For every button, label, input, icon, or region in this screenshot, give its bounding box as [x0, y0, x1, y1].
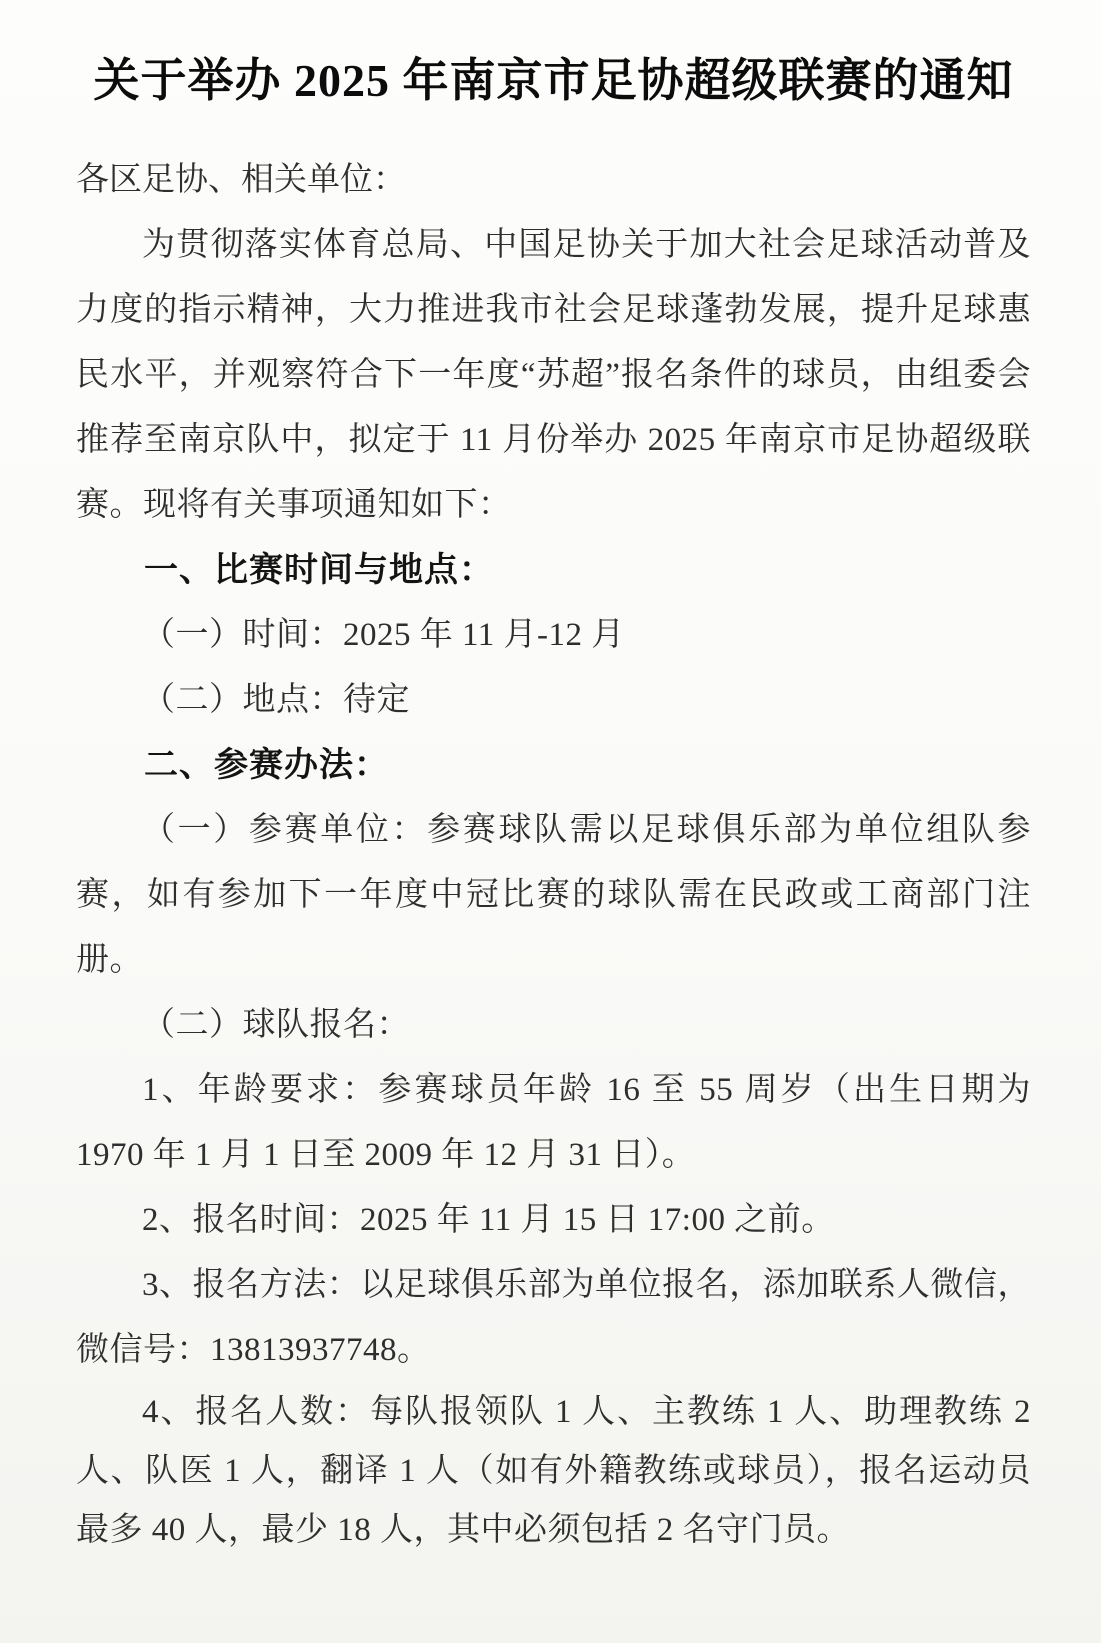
intro-paragraph: 为贯彻落实体育总局、中国足协关于加大社会足球活动普及力度的指示精神，大力推进我市…: [76, 213, 1031, 538]
section-2-item-registration-method: 3、报名方法：以足球俱乐部为单位报名，添加联系人微信，微信号：138139377…: [76, 1253, 1031, 1383]
section-1-heading: 一、比赛时间与地点：: [76, 538, 1031, 603]
section-2-item-registration-deadline: 2、报名时间：2025 年 11 月 15 日 17:00 之前。: [76, 1188, 1031, 1253]
document-title: 关于举办 2025 年南京市足协超级联赛的通知: [76, 48, 1031, 114]
salutation-line: 各区足协、相关单位：: [76, 148, 1031, 213]
section-2-item-team-registration: （二）球队报名：: [76, 993, 1031, 1058]
section-1-item-time: （一）时间：2025 年 11 月-12 月: [76, 603, 1031, 668]
section-1-item-location: （二）地点：待定: [76, 668, 1031, 733]
section-2-item-participating-units: （一）参赛单位：参赛球队需以足球俱乐部为单位组队参赛，如有参加下一年度中冠比赛的…: [76, 798, 1031, 993]
section-2-item-age-requirement: 1、年龄要求：参赛球员年龄 16 至 55 周岁（出生日期为 1970 年 1 …: [76, 1058, 1031, 1188]
section-2-item-roster-size: 4、报名人数：每队报领队 1 人、主教练 1 人、助理教练 2 人、队医 1 人…: [76, 1383, 1031, 1560]
section-2-heading: 二、参赛办法：: [76, 733, 1031, 798]
document-page: 关于举办 2025 年南京市足协超级联赛的通知 各区足协、相关单位： 为贯彻落实…: [0, 0, 1101, 1643]
